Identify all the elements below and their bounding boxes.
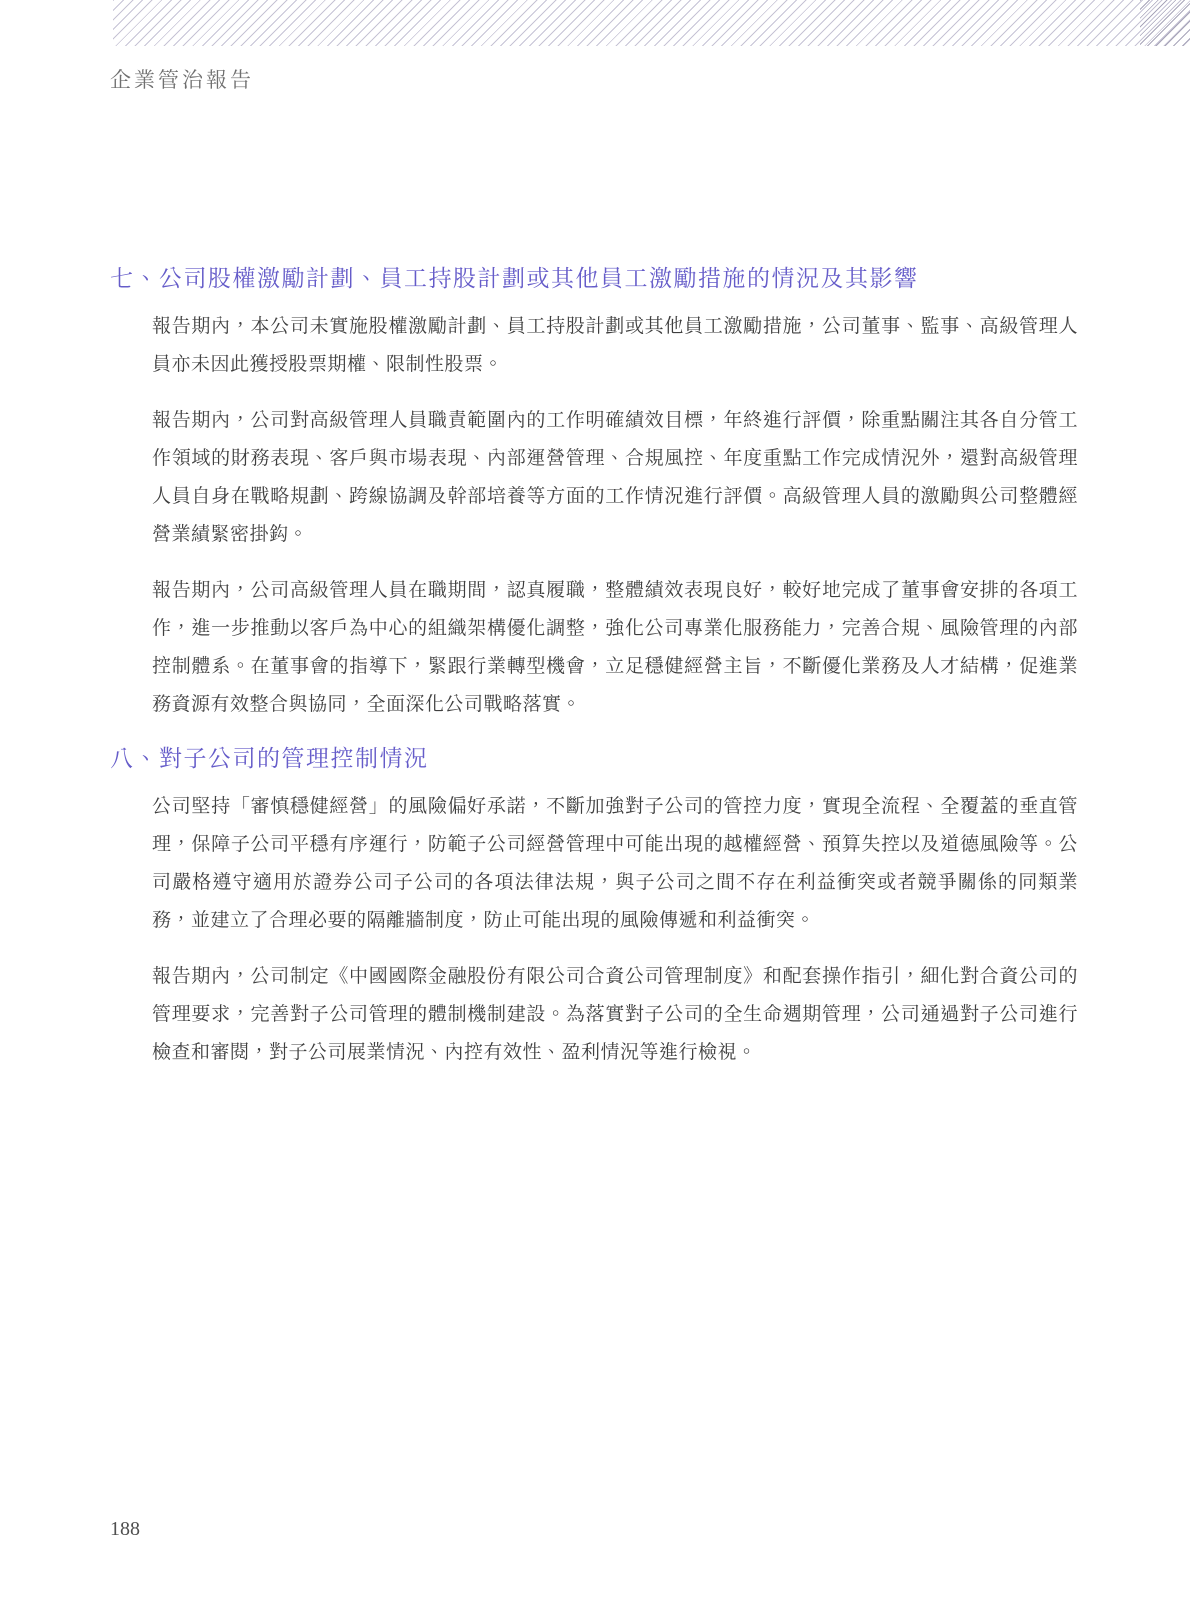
page-content: 七、公司股權激勵計劃、員工持股計劃或其他員工激勵措施的情況及其影響 報告期內，本… xyxy=(110,0,1078,1090)
section-8-paragraph-2: 報告期內，公司制定《中國國際金融股份有限公司合資公司管理制度》和配套操作指引，細… xyxy=(152,958,1078,1072)
section-8-paragraph-1: 公司堅持「審慎穩健經營」的風險偏好承諾，不斷加強對子公司的管控力度，實現全流程、… xyxy=(152,788,1078,940)
section-equity-incentive: 七、公司股權激勵計劃、員工持股計劃或其他員工激勵措施的情況及其影響 報告期內，本… xyxy=(110,262,1078,724)
decorative-hatch-band-dense-segment xyxy=(1140,0,1190,46)
section-7-heading: 七、公司股權激勵計劃、員工持股計劃或其他員工激勵措施的情況及其影響 xyxy=(110,262,1078,294)
section-7-paragraph-2: 報告期內，公司對高級管理人員職責範圍內的工作明確績效目標，年終進行評價，除重點關… xyxy=(152,402,1078,554)
section-subsidiary-control: 八、對子公司的管理控制情況 公司堅持「審慎穩健經營」的風險偏好承諾，不斷加強對子… xyxy=(110,742,1078,1072)
section-8-heading: 八、對子公司的管理控制情況 xyxy=(110,742,1078,774)
section-7-paragraph-1: 報告期內，本公司未實施股權激勵計劃、員工持股計劃或其他員工激勵措施，公司董事、監… xyxy=(152,308,1078,384)
report-page: 企業管治報告 七、公司股權激勵計劃、員工持股計劃或其他員工激勵措施的情況及其影響… xyxy=(0,0,1190,1615)
section-7-paragraph-3: 報告期內，公司高級管理人員在職期間，認真履職，整體績效表現良好，較好地完成了董事… xyxy=(152,572,1078,724)
page-number: 188 xyxy=(110,1518,140,1541)
